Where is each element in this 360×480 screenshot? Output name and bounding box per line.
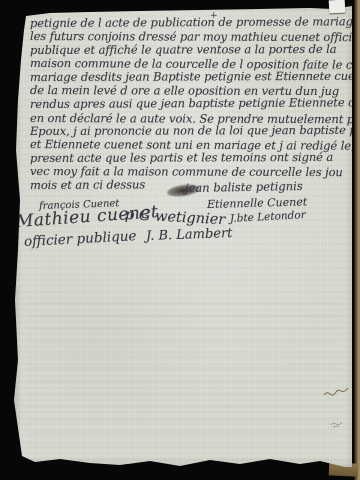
signature-witness-letondor: J.bte Letondor [230,209,306,225]
manuscript-line: present acte que les partis et les temoi… [30,151,333,164]
margin-ink-mark [323,386,349,398]
document-page: + petignie de l acte de publication de p… [13,5,352,467]
signature-groom: jean baliste petignis [185,179,303,195]
signature-witness-lambert: J. B. Lambert [146,226,233,244]
manuscript-line: publique et affiché le quatre ventose a … [30,43,336,56]
book-binding-edge [354,0,360,480]
reverse-side-bleed-through [28,300,340,460]
manuscript-line: mois et an ci dessus [30,178,145,191]
signature-officer-title: officier publique [24,228,137,250]
next-page-corner-tab [329,0,346,13]
manuscript-line: rendus apres ausi que jean baptiste peti… [30,96,352,110]
manuscript-line: petignie de l acte de publication de pro… [30,16,352,29]
manuscript-line: vec moy fait a la maison commune de cour… [30,165,343,178]
manuscript-line: mariage desdits jean Baptiste petignie e… [30,70,352,83]
margin-ink-mark [330,418,346,428]
manuscript-line: Epoux, j ai prononcie au non de la loi q… [30,124,352,137]
scanned-document-view: + petignie de l acte de publication de p… [0,0,360,480]
signature-bride: Etiennelle Cuenet [207,195,308,211]
